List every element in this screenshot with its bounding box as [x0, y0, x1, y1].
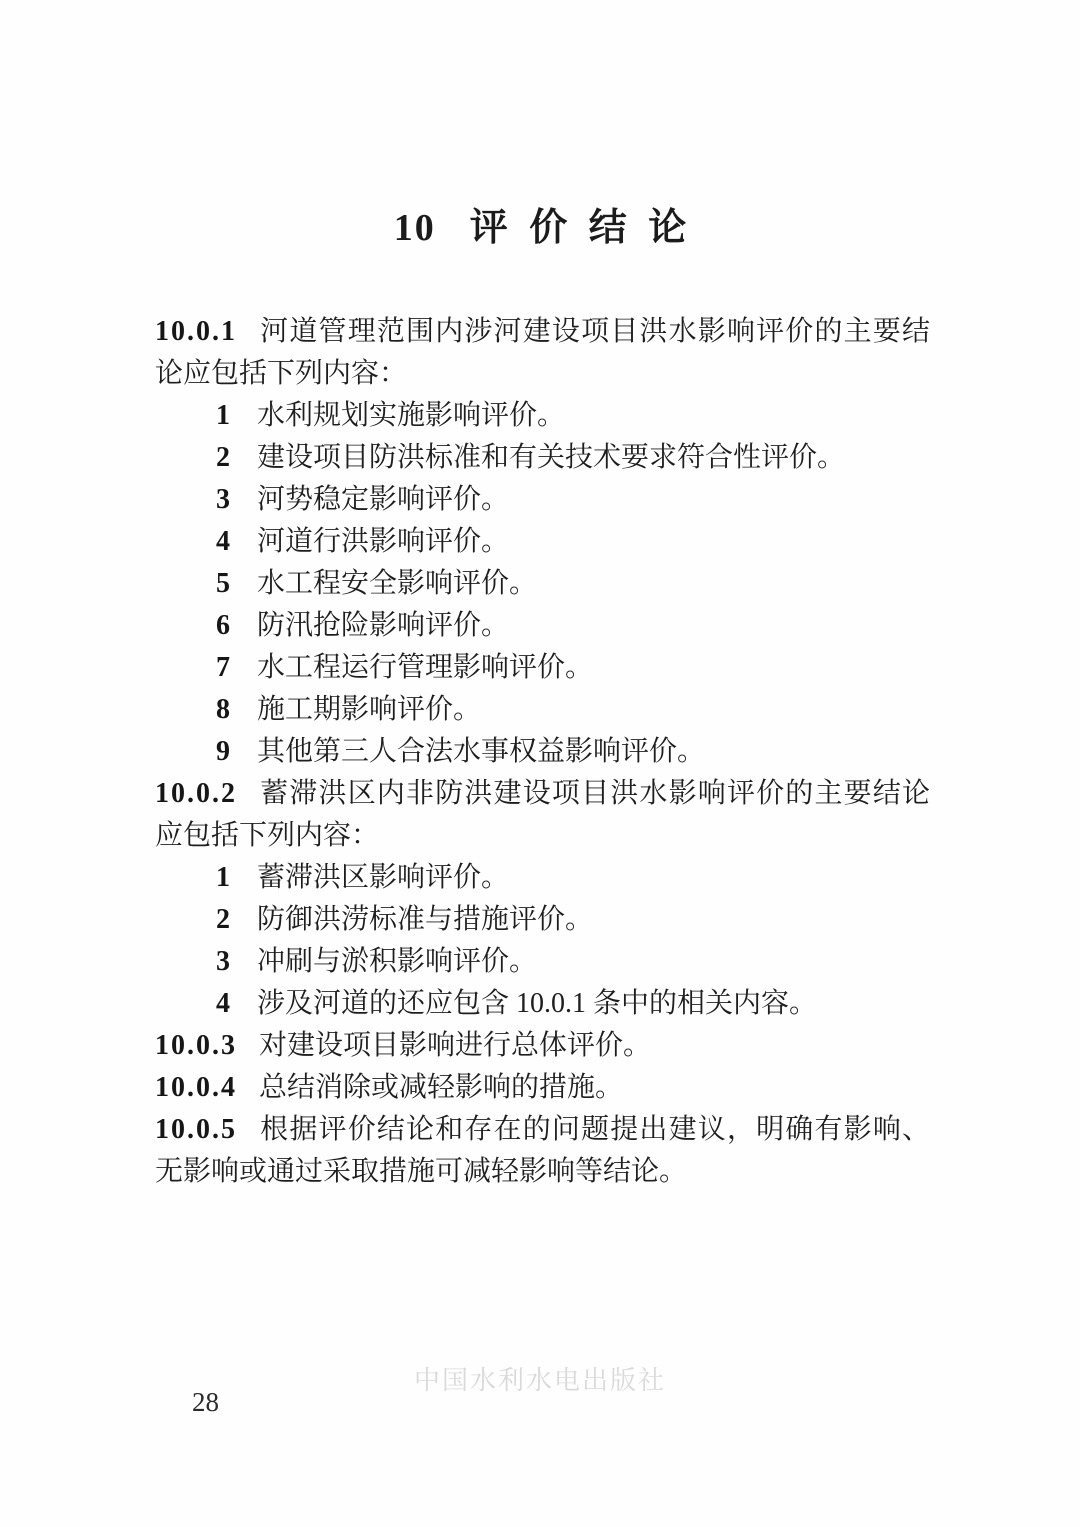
clause-10-0-2: 10.0.2蓄滞洪区内非防洪建设项目洪水影响评价的主要结论应包括下列内容：	[155, 773, 930, 857]
item-number: 3	[216, 941, 231, 983]
item-text: 施工期影响评价。	[257, 694, 481, 725]
clause-text: 蓄滞洪区内非防洪建设项目洪水影响评价的主要结论应包括下列内容：	[155, 778, 930, 851]
item-number: 7	[216, 647, 231, 689]
clause-number: 10.0.4	[155, 1072, 237, 1103]
item-number: 3	[216, 479, 231, 521]
item-text: 水利规划实施影响评价。	[257, 400, 565, 431]
item-text: 冲刷与淤积影响评价。	[257, 946, 537, 977]
publisher-watermark: 中国水利水电出版社	[0, 1360, 1080, 1397]
item-number: 6	[216, 605, 231, 647]
item-number: 9	[216, 731, 231, 773]
list-item: 6防汛抢险影响评价。	[155, 605, 930, 647]
item-number: 4	[216, 521, 231, 563]
item-text: 防御洪涝标准与措施评价。	[257, 904, 593, 935]
item-number: 2	[216, 437, 231, 479]
clause-number: 10.0.3	[155, 1030, 237, 1061]
chapter-title-text: 评 价 结 论	[470, 207, 687, 249]
item-text: 建设项目防洪标准和有关技术要求符合性评价。	[257, 442, 845, 473]
document-page: 10评 价 结 论 10.0.1河道管理范围内涉河建设项目洪水影响评价的主要结论…	[0, 0, 1080, 1527]
document-body: 10.0.1河道管理范围内涉河建设项目洪水影响评价的主要结论应包括下列内容： 1…	[0, 311, 1080, 1193]
clause-10-0-4: 10.0.4总结消除或减轻影响的措施。	[155, 1067, 930, 1109]
clause-number: 10.0.1	[155, 316, 237, 347]
clause-10-0-5: 10.0.5根据评价结论和存在的问题提出建议，明确有影响、无影响或通过采取措施可…	[155, 1109, 930, 1193]
clause-number: 10.0.5	[155, 1114, 237, 1145]
clause-10-0-3: 10.0.3对建设项目影响进行总体评价。	[155, 1025, 930, 1067]
clause-number: 10.0.2	[155, 778, 237, 809]
item-text: 防汛抢险影响评价。	[257, 610, 509, 641]
page-number: 28	[192, 1387, 219, 1418]
item-text: 水工程安全影响评价。	[257, 568, 537, 599]
clause-text: 河道管理范围内涉河建设项目洪水影响评价的主要结论应包括下列内容：	[155, 316, 930, 389]
item-text: 河道行洪影响评价。	[257, 526, 509, 557]
item-text: 河势稳定影响评价。	[257, 484, 509, 515]
item-number: 8	[216, 689, 231, 731]
item-text: 其他第三人合法水事权益影响评价。	[257, 736, 705, 767]
item-text: 涉及河道的还应包含 10.0.1 条中的相关内容。	[257, 988, 817, 1019]
chapter-title: 10评 价 结 论	[0, 0, 1080, 251]
list-item: 8施工期影响评价。	[155, 689, 930, 731]
list-item: 4河道行洪影响评价。	[155, 521, 930, 563]
item-number: 4	[216, 983, 231, 1025]
item-text: 蓄滞洪区影响评价。	[257, 862, 509, 893]
item-number: 1	[216, 857, 231, 899]
clause-text: 总结消除或减轻影响的措施。	[259, 1072, 623, 1103]
clause-text: 根据评价结论和存在的问题提出建议，明确有影响、无影响或通过采取措施可减轻影响等结…	[155, 1114, 930, 1187]
list-item: 3冲刷与淤积影响评价。	[155, 941, 930, 983]
list-item: 2建设项目防洪标准和有关技术要求符合性评价。	[155, 437, 930, 479]
clause-text: 对建设项目影响进行总体评价。	[259, 1030, 651, 1061]
list-item: 5水工程安全影响评价。	[155, 563, 930, 605]
list-item: 9其他第三人合法水事权益影响评价。	[155, 731, 930, 773]
chapter-number: 10	[394, 207, 436, 249]
list-item: 2防御洪涝标准与措施评价。	[155, 899, 930, 941]
list-item: 4涉及河道的还应包含 10.0.1 条中的相关内容。	[155, 983, 930, 1025]
clause-10-0-1: 10.0.1河道管理范围内涉河建设项目洪水影响评价的主要结论应包括下列内容：	[155, 311, 930, 395]
list-item: 1蓄滞洪区影响评价。	[155, 857, 930, 899]
item-number: 5	[216, 563, 231, 605]
item-number: 1	[216, 395, 231, 437]
item-number: 2	[216, 899, 231, 941]
list-item: 3河势稳定影响评价。	[155, 479, 930, 521]
item-text: 水工程运行管理影响评价。	[257, 652, 593, 683]
list-item: 1水利规划实施影响评价。	[155, 395, 930, 437]
list-item: 7水工程运行管理影响评价。	[155, 647, 930, 689]
